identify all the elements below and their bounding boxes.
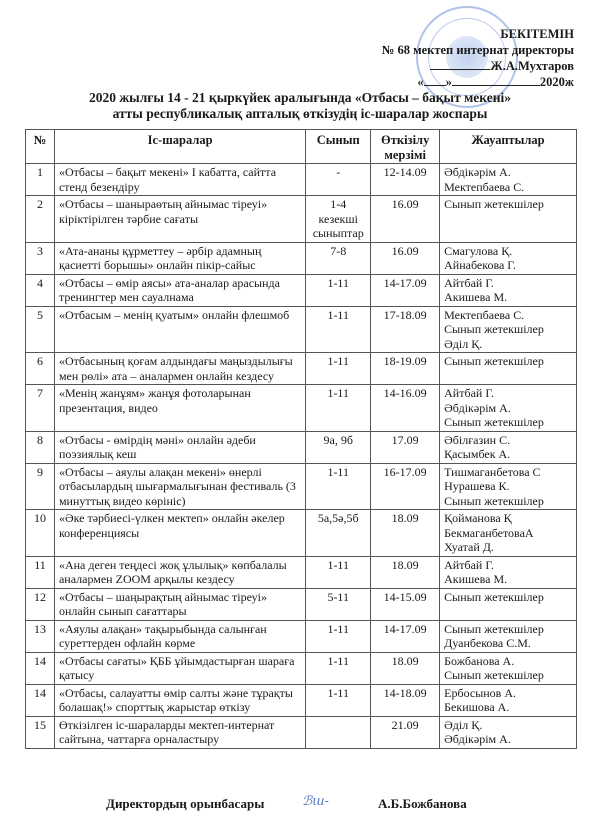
row-number: 6	[26, 353, 55, 385]
row-class: 1-11	[306, 684, 371, 716]
row-class: 1-11	[306, 620, 371, 652]
row-responsible: Әбдікәрім А. Мектепбаева С.	[440, 164, 577, 196]
row-date: 18.09	[371, 652, 440, 684]
row-responsible: Божбанова А. Сынып жетекшілер	[440, 652, 577, 684]
row-number: 10	[26, 510, 55, 557]
row-number: 7	[26, 385, 55, 432]
row-date: 14-15.09	[371, 588, 440, 620]
approval-director-name: Ж.А.Мухтаров	[382, 58, 574, 74]
row-number: 12	[26, 588, 55, 620]
table-row: 4 «Отбасы – өмір аясы» ата-аналар арасын…	[26, 274, 577, 306]
header-number: №	[26, 130, 55, 164]
table-row: 8«Отбасы - өмірдің мәні» онлайн әдеби по…	[26, 431, 577, 463]
row-class: 5а,5ә,5б	[306, 510, 371, 557]
row-class: 1-11	[306, 385, 371, 432]
table-header-row: № Іс-шаралар Сынып Өткізілу мерзімі Жауа…	[26, 130, 577, 164]
row-responsible: Сынып жетекшілер	[440, 353, 577, 385]
table-row: 13«Аяулы алақан» тақырыбында салынған су…	[26, 620, 577, 652]
title-line-1: 2020 жылғы 14 - 21 қыркүйек аралығында «…	[0, 90, 600, 106]
table-row: 9«Отбасы – аяулы алақан мекені» өнерлі о…	[26, 463, 577, 510]
row-responsible: Қойманова Қ БекмаганбетоваА Хуатай Д.	[440, 510, 577, 557]
approval-heading: БЕКІТЕМІН	[382, 26, 574, 42]
row-responsible: Айтбай Г. Акишева М.	[440, 274, 577, 306]
row-class: 1-11	[306, 306, 371, 353]
row-number: 3	[26, 242, 55, 274]
approval-position: № 68 мектеп интернат директоры	[382, 42, 574, 58]
approval-block: БЕКІТЕМІН № 68 мектеп интернат директоры…	[382, 26, 574, 90]
row-date: 14-18.09	[371, 684, 440, 716]
row-number: 4	[26, 274, 55, 306]
row-activity: «Отбасы – бақыт мекені» І кабатта, сайтт…	[54, 164, 305, 196]
table-row: 6«Отбасының қоғам алдындағы маңыздылығы …	[26, 353, 577, 385]
row-class	[306, 716, 371, 748]
row-date: 14-17.09	[371, 620, 440, 652]
deputy-director-name: А.Б.Божбанова	[378, 796, 467, 812]
row-date: 18.09	[371, 556, 440, 588]
header-responsible: Жауаптылар	[440, 130, 577, 164]
row-responsible: Айтбай Г. Әбдікәрім А. Сынып жетекшілер	[440, 385, 577, 432]
row-activity: «Отбасы сағаты» ҚББ ұйымдастырған шараға…	[54, 652, 305, 684]
row-number: 8	[26, 431, 55, 463]
document-title: 2020 жылғы 14 - 21 қыркүйек аралығында «…	[0, 90, 600, 122]
row-responsible: Сынып жетекшілер Дуанбекова С.М.	[440, 620, 577, 652]
table-row: 14«Отбасы, салауатты өмір салты және тұр…	[26, 684, 577, 716]
approval-date: « » 2020ж	[382, 74, 574, 90]
table-row: 12«Отбасы – шаңырақтың айнымас тіреуі» о…	[26, 588, 577, 620]
date-year: 2020ж	[540, 74, 574, 90]
row-class: 1-11	[306, 652, 371, 684]
row-date: 14-17.09	[371, 274, 440, 306]
row-responsible: Смагулова Қ. Айнабекова Г.	[440, 242, 577, 274]
row-activity: «Менің жанұям» жанұя фотоларынан презент…	[54, 385, 305, 432]
row-date: 18.09	[371, 510, 440, 557]
row-responsible: Әділ Қ. Әбдікәрім А.	[440, 716, 577, 748]
row-number: 1	[26, 164, 55, 196]
row-number: 2	[26, 196, 55, 243]
events-plan-table: № Іс-шаралар Сынып Өткізілу мерзімі Жауа…	[25, 129, 577, 749]
row-class: 1-4 кезекші сыныптар	[306, 196, 371, 243]
row-date: 21.09	[371, 716, 440, 748]
header-activities: Іс-шаралар	[54, 130, 305, 164]
date-day	[424, 85, 446, 86]
row-date: 18-19.09	[371, 353, 440, 385]
row-class: 1-11	[306, 556, 371, 588]
table-row: 3«Ата-ананы құрметтеу – әрбір адамның қа…	[26, 242, 577, 274]
row-activity: «Отбасы – аяулы алақан мекені» өнерлі от…	[54, 463, 305, 510]
row-class: 1-11	[306, 274, 371, 306]
row-responsible: Сынып жетекшілер	[440, 588, 577, 620]
row-responsible: Ербосынов А. Бекишова А.	[440, 684, 577, 716]
row-responsible: Әбілғазин С. Қасымбек А.	[440, 431, 577, 463]
deputy-director-role: Директордың орынбасары	[106, 796, 264, 812]
row-date: 16.09	[371, 196, 440, 243]
table-body: 1«Отбасы – бақыт мекені» І кабатта, сайт…	[26, 164, 577, 749]
table-row: 1«Отбасы – бақыт мекені» І кабатта, сайт…	[26, 164, 577, 196]
table-row: 2«Отбасы – шаныраөтың айнымас тіреуі» кі…	[26, 196, 577, 243]
header-date: Өткізілу мерзімі	[371, 130, 440, 164]
row-activity: «Отбасы - өмірдің мәні» онлайн әдеби поэ…	[54, 431, 305, 463]
row-date: 17-18.09	[371, 306, 440, 353]
row-number: 13	[26, 620, 55, 652]
row-responsible: Айтбай Г. Акишева М.	[440, 556, 577, 588]
row-number: 15	[26, 716, 55, 748]
table-row: 7«Менің жанұям» жанұя фотоларынан презен…	[26, 385, 577, 432]
row-activity: «Отбасым – менің қуатым» онлайн флешмоб	[54, 306, 305, 353]
title-line-2: атты республикалық апталық өткізудің іс-…	[0, 106, 600, 122]
row-activity: «Әке тәрбиесі-үлкен мектеп» онлайн әкеле…	[54, 510, 305, 557]
row-class: 1-11	[306, 463, 371, 510]
row-class: 5-11	[306, 588, 371, 620]
row-activity: «Аяулы алақан» тақырыбында салынған суре…	[54, 620, 305, 652]
row-responsible: Мектепбаева С. Сынып жетекшілер Әділ Қ.	[440, 306, 577, 353]
row-activity: «Отбасы – шаныраөтың айнымас тіреуі» кір…	[54, 196, 305, 243]
row-number: 9	[26, 463, 55, 510]
table-row: 14«Отбасы сағаты» ҚББ ұйымдастырған шара…	[26, 652, 577, 684]
row-date: 14-16.09	[371, 385, 440, 432]
row-activity: «Ата-ананы құрметтеу – әрбір адамның қас…	[54, 242, 305, 274]
table-row: 5 «Отбасым – менің қуатым» онлайн флешмо…	[26, 306, 577, 353]
row-date: 16.09	[371, 242, 440, 274]
row-number: 14	[26, 652, 55, 684]
table-row: 10«Әке тәрбиесі-үлкен мектеп» онлайн әке…	[26, 510, 577, 557]
table-row: 15Өткізілген іс-шараларды мектеп-интерна…	[26, 716, 577, 748]
row-date: 16-17.09	[371, 463, 440, 510]
row-number: 14	[26, 684, 55, 716]
row-activity: «Отбасының қоғам алдындағы маңыздылығы м…	[54, 353, 305, 385]
row-responsible: Тишмаганбетова С Нурашева К. Сынып жетек…	[440, 463, 577, 510]
row-date: 12-14.09	[371, 164, 440, 196]
row-responsible: Сынып жетекшілер	[440, 196, 577, 243]
row-date: 17.09	[371, 431, 440, 463]
row-class: 9а, 9б	[306, 431, 371, 463]
row-activity: Өткізілген іс-шараларды мектеп-интернат …	[54, 716, 305, 748]
signature-mark: ℬш-	[302, 794, 329, 809]
row-number: 5	[26, 306, 55, 353]
row-class: 7-8	[306, 242, 371, 274]
header-class: Сынып	[306, 130, 371, 164]
row-class: -	[306, 164, 371, 196]
row-activity: «Ана деген теңдесі жоқ ұлылық» көпбалалы…	[54, 556, 305, 588]
row-activity: «Отбасы – шаңырақтың айнымас тіреуі» онл…	[54, 588, 305, 620]
row-number: 11	[26, 556, 55, 588]
date-close-quote: »	[446, 74, 452, 90]
row-class: 1-11	[306, 353, 371, 385]
row-activity: «Отбасы – өмір аясы» ата-аналар арасында…	[54, 274, 305, 306]
table-row: 11«Ана деген теңдесі жоқ ұлылық» көпбала…	[26, 556, 577, 588]
director-name: Ж.А.Мухтаров	[490, 59, 574, 73]
row-activity: «Отбасы, салауатты өмір салты және тұрақ…	[54, 684, 305, 716]
date-open-quote: «	[417, 74, 423, 90]
